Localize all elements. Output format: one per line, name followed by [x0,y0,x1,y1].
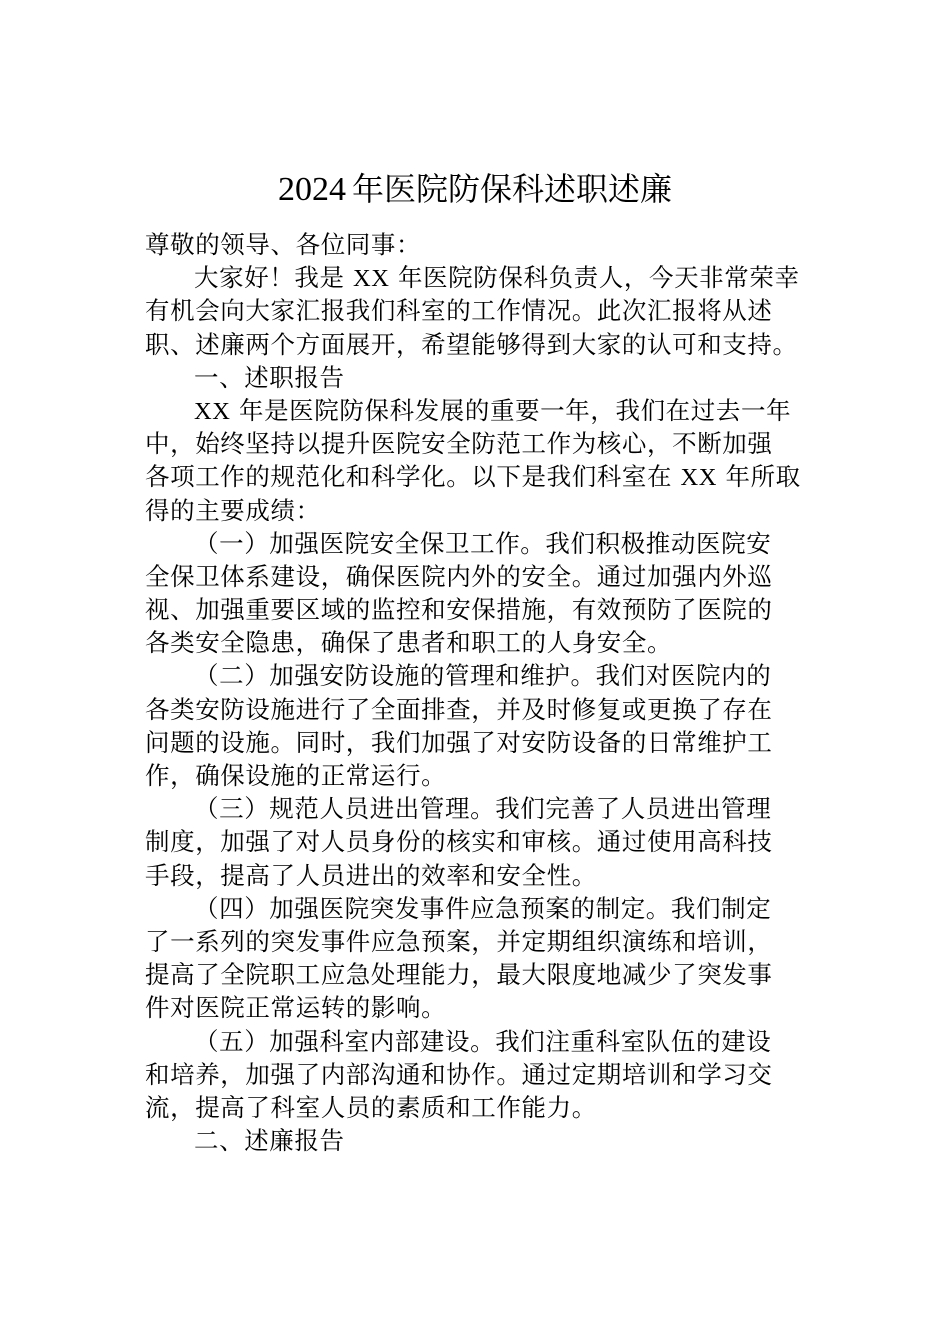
placeholder-year: XX [681,464,718,491]
paragraph-line: 制度，加强了对人员身份的核实和审核。通过使用高科技 [145,825,810,858]
paragraph-line: 视、加强重要区域的监控和安保措施，有效预防了医院的 [145,593,810,626]
paragraph-line: 了一系列的突发事件应急预案，并定期组织演练和培训， [145,925,810,958]
paragraph-line: 问题的设施。同时，我们加强了对安防设备的日常维护工 [145,726,810,759]
paragraph-start-line: （四）加强医院突发事件应急预案的制定。我们制定 [145,892,810,925]
paragraph-line: 件对医院正常运转的影响。 [145,991,810,1024]
paragraph-line: 作，确保设施的正常运行。 [145,759,810,792]
paragraph-line: 提高了全院职工应急处理能力，最大限度地减少了突发事 [145,958,810,991]
paragraph-line: 中，始终坚持以提升医院安全防范工作为核心，不断加强 [145,427,810,460]
paragraph-start-line: 大家好！我是 XX 年医院防保科负责人，今天非常荣幸 [145,261,810,294]
paragraph-line: 手段，提高了人员进出的效率和安全性。 [145,859,810,892]
title-year: 2024 [278,171,346,208]
placeholder-year: XX [353,265,390,292]
paragraph-line: 和培养，加强了内部沟通和协作。通过定期培训和学习交 [145,1058,810,1091]
paragraph-line: 全保卫体系建设，确保医院内外的安全。通过加强内外巡 [145,560,810,593]
paragraph-line: 各类安防设施进行了全面排查，并及时修复或更换了存在 [145,693,810,726]
paragraph-start-line: XX 年是医院防保科发展的重要一年，我们在过去一年 [145,394,810,427]
paragraph-line: 各类安全隐患，确保了患者和职工的人身安全。 [145,626,810,659]
paragraph-start-line: （五）加强科室内部建设。我们注重科室队伍的建设 [145,1025,810,1058]
title-text: 年医院防保科述职述廉 [352,170,672,208]
salutation: 尊敬的领导、各位同事： [145,228,810,261]
paragraph-start-line: （二）加强安防设施的管理和维护。我们对医院内的 [145,659,810,692]
paragraph-line: 各项工作的规范化和科学化。以下是我们科室在 XX 年所取 [145,460,810,493]
paragraph-start-line: 一、述职报告 [145,361,810,394]
paragraph-line: 得的主要成绩： [145,494,810,527]
paragraph-line: 有机会向大家汇报我们科室的工作情况。此次汇报将从述 [145,294,810,327]
document-title: 2024年医院防保科述职述廉 [0,166,950,213]
document-page: 2024年医院防保科述职述廉 尊敬的领导、各位同事： 大家好！我是 XX 年医院… [0,0,950,1344]
paragraph-line: 职、述廉两个方面展开，希望能够得到大家的认可和支持。 [145,328,810,361]
paragraph-start-line: 二、述廉报告 [145,1124,810,1157]
paragraph-line: 流，提高了科室人员的素质和工作能力。 [145,1091,810,1124]
placeholder-year: XX [194,398,231,425]
body-paragraphs: 大家好！我是 XX 年医院防保科负责人，今天非常荣幸有机会向大家汇报我们科室的工… [145,261,810,1157]
paragraph-start-line: （三）规范人员进出管理。我们完善了人员进出管理 [145,792,810,825]
paragraph-start-line: （一）加强医院安全保卫工作。我们积极推动医院安 [145,527,810,560]
document-body: 尊敬的领导、各位同事： 大家好！我是 XX 年医院防保科负责人，今天非常荣幸有机… [145,228,810,1157]
